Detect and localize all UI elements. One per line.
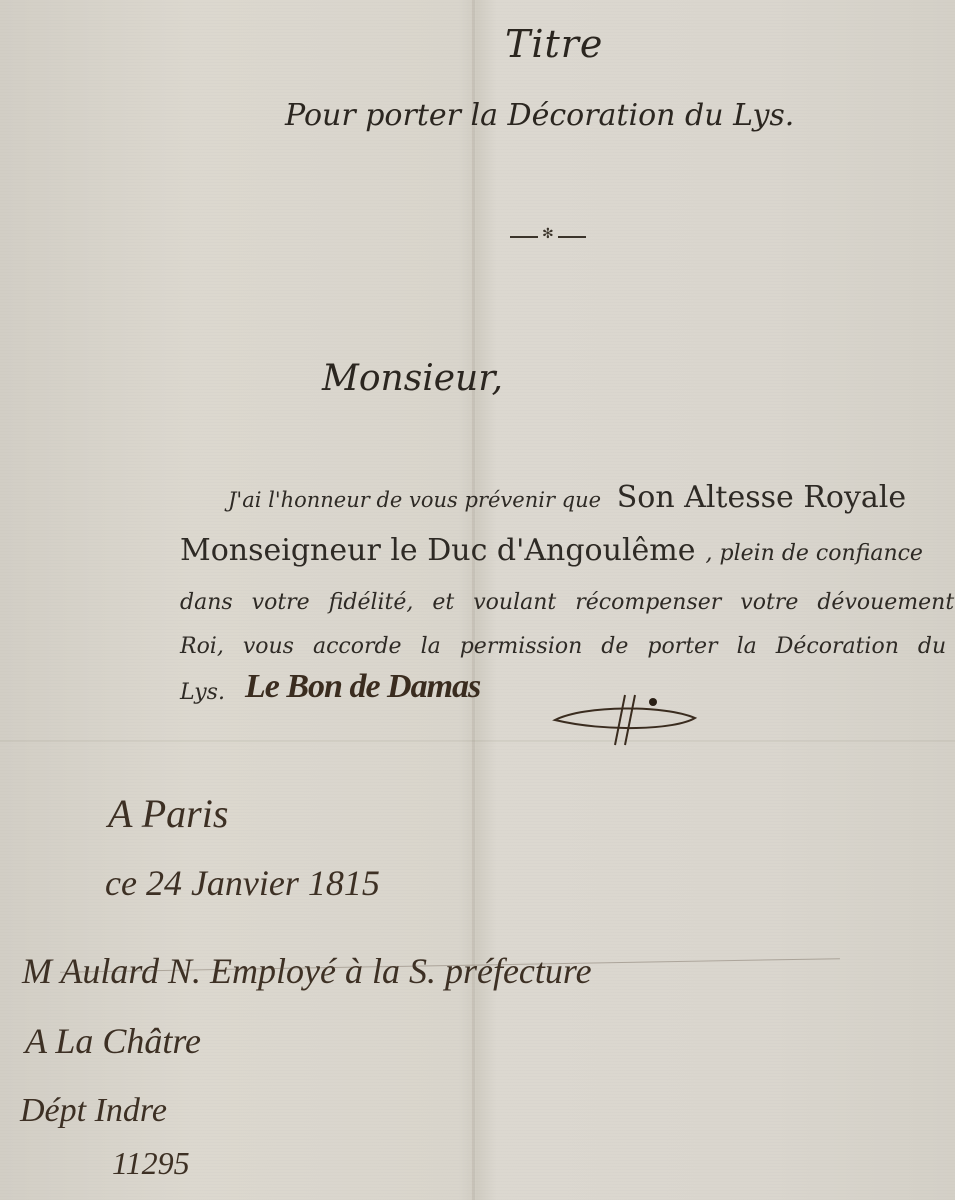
handwritten-town: A La Châtre <box>25 1020 201 1062</box>
body-line-4: Roi, vous accorde la permission de porte… <box>180 634 946 659</box>
title-duc: Monseigneur le Duc d'Angoulême <box>180 533 696 568</box>
title-son-altesse: Son Altesse Royale <box>617 480 906 515</box>
handwritten-date: ce 24 Janvier 1815 <box>105 862 380 904</box>
signature: Le Bon de Damas <box>245 668 480 706</box>
ornament-star-icon: ✻ <box>542 226 554 242</box>
ornament-line-right <box>558 236 586 238</box>
handwritten-place: A Paris <box>108 790 228 837</box>
handwritten-number: 11295 <box>112 1145 190 1182</box>
body-line-1: J'ai l'honneur de vous prévenir que Son … <box>228 480 906 515</box>
body-line-2-rest: , plein de confiance <box>706 541 923 566</box>
document-title: Titre <box>505 22 603 66</box>
body-intro: J'ai l'honneur de vous prévenir que <box>228 488 601 512</box>
document-subtitle: Pour porter la Décoration du Lys. <box>285 98 794 133</box>
handwritten-department: Dépt Indre <box>20 1092 167 1130</box>
paper-fold-horizontal <box>0 740 955 742</box>
salutation: Monsieur, <box>322 358 503 399</box>
body-line-5: Lys. <box>180 680 225 705</box>
body-line-2: Monseigneur le Duc d'Angoulême, plein de… <box>180 533 923 568</box>
signature-flourish-icon <box>545 690 705 750</box>
ornament-divider: ✻ <box>510 232 586 242</box>
ornament-line-left <box>510 236 538 238</box>
body-line-3: dans votre fidélité, et voulant récompen… <box>180 590 955 615</box>
